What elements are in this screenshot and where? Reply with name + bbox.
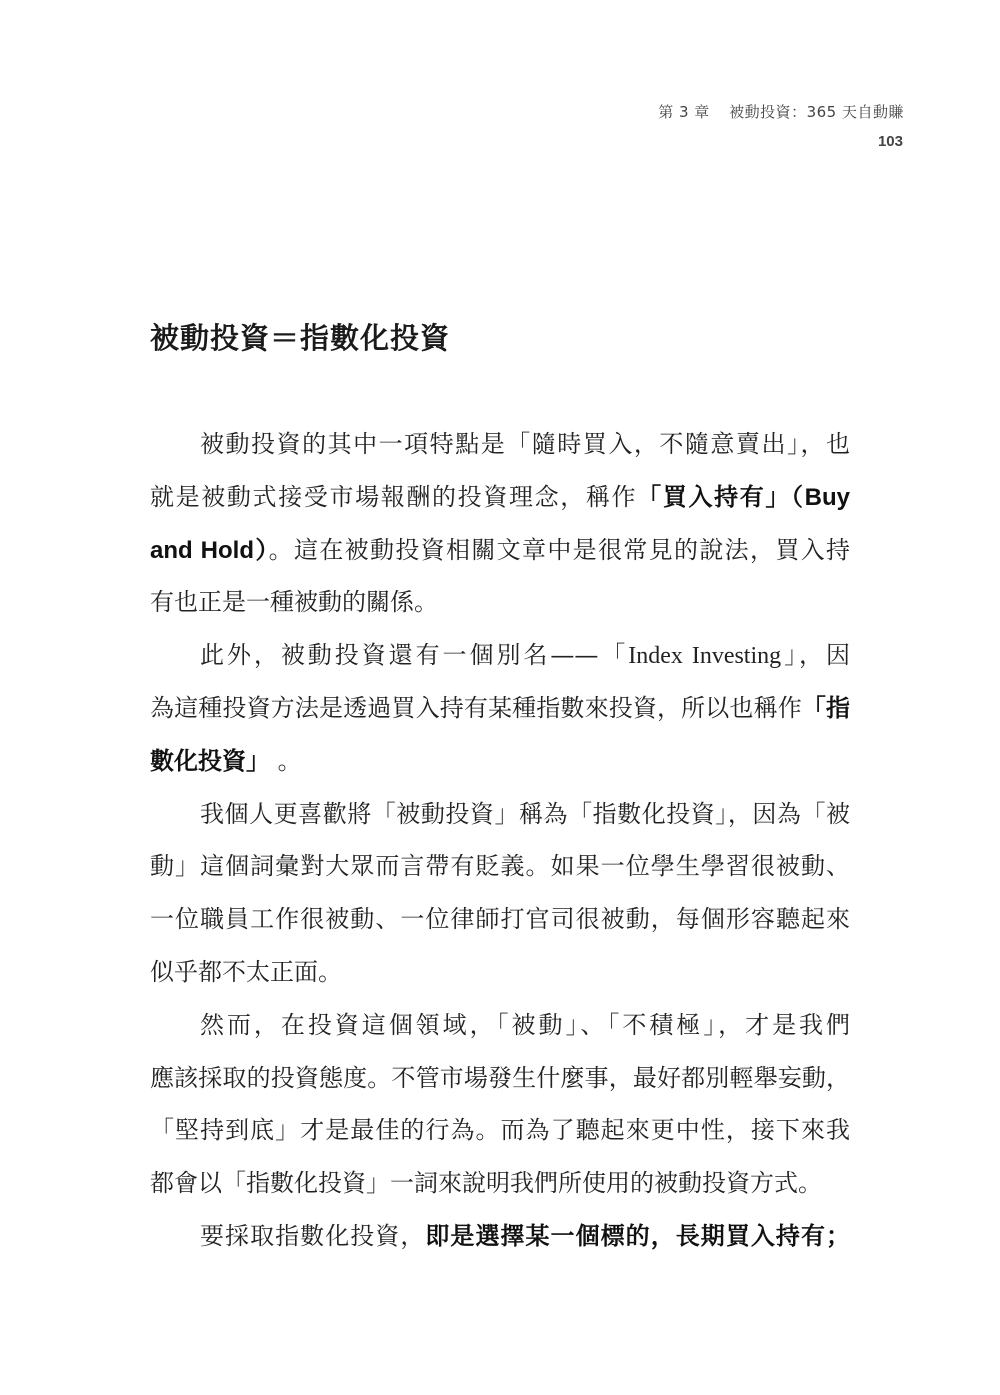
text-run: 似乎都不太正面。: [150, 958, 342, 986]
text-run: 為這種投資方法是透過買入持有某種指數來投資，所以也稱作: [150, 694, 802, 722]
emphasis-index-investing-zh: 「指: [802, 694, 850, 722]
text-run: 「堅持到底」才是最佳的行為。而為了聽起來更中性，接下來我: [150, 1116, 850, 1144]
text-run: 。: [270, 747, 302, 775]
text-line: 我個人更喜歡將「被動投資」稱為「指數化投資」，因為「被: [150, 788, 850, 841]
paragraph-4: 然而，在投資這個領域，「被動」、「不積極」，才是我們 應該採取的投資態度。不管市…: [150, 999, 850, 1210]
text-line: 就是被動式接受市場報酬的投資理念，稱作「買入持有」（Buy: [150, 471, 850, 524]
text-run: 應該採取的投資態度。不管市場發生什麼事，最好都別輕舉妄動，: [150, 1064, 850, 1092]
text-run: 我個人更喜歡將「被動投資」稱為「指數化投資」，因為「被: [200, 800, 850, 828]
paragraph-5: 要採取指數化投資，即是選擇某一個標的，長期買入持有；: [150, 1210, 850, 1263]
text-line: 「堅持到底」才是最佳的行為。而為了聽起來更中性，接下來我: [150, 1104, 850, 1157]
text-line: 然而，在投資這個領域，「被動」、「不積極」，才是我們: [150, 999, 850, 1052]
emphasis-index-investing-zh: 數化投資」: [150, 747, 270, 775]
text-run: 動」這個詞彙對大眾而言帶有貶義。如果一位學生學習很被動、: [150, 852, 850, 880]
text-line: 此外，被動投資還有一個別名——「Index Investing」，因: [150, 629, 850, 682]
text-run: 。這在被動投資相關文章中是很常見的說法，買入持: [269, 536, 850, 564]
paragraph-2: 此外，被動投資還有一個別名——「Index Investing」，因 為這種投資…: [150, 629, 850, 787]
chapter-number: 第 3 章: [658, 103, 710, 121]
text-run: 一位職員工作很被動、一位律師打官司很被動，每個形容聽起來: [150, 905, 850, 933]
text-run: 然而，在投資這個領域，「被動」、「不積極」，才是我們: [200, 1011, 850, 1039]
text-run: 有也正是一種被動的關係。: [150, 588, 438, 616]
emphasis-key-definition: 即是選擇某一個標的，長期買入持有；: [425, 1222, 850, 1250]
emphasis-and-hold: and Hold）: [150, 537, 269, 564]
paragraph-1: 被動投資的其中一項特點是「隨時買入，不隨意賣出」，也 就是被動式接受市場報酬的投…: [150, 418, 850, 629]
text-line: 被動投資的其中一項特點是「隨時買入，不隨意賣出」，也: [150, 418, 850, 471]
text-run: 就是被動式接受市場報酬的投資理念，稱作: [150, 483, 637, 511]
text-line: 一位職員工作很被動、一位律師打官司很被動，每個形容聽起來: [150, 893, 850, 946]
text-run: 」，因: [781, 641, 850, 669]
text-line: 都會以「指數化投資」一詞來說明我們所使用的被動投資方式。: [150, 1157, 850, 1210]
section-title: 被動投資＝指數化投資: [150, 316, 450, 357]
index-investing-term: Index Investing: [628, 643, 781, 669]
text-run: 被動投資的其中一項特點是「隨時買入，不隨意賣出」，也: [200, 430, 850, 458]
paragraph-3: 我個人更喜歡將「被動投資」稱為「指數化投資」，因為「被 動」這個詞彙對大眾而言帶…: [150, 788, 850, 999]
text-line: 有也正是一種被動的關係。: [150, 576, 850, 629]
text-run: 都會以「指數化投資」一詞來說明我們所使用的被動投資方式。: [150, 1169, 822, 1197]
chapter-title: 被動投資：365 天自動賺: [729, 103, 904, 121]
text-line: 數化投資」 。: [150, 735, 850, 788]
body-text: 被動投資的其中一項特點是「隨時買入，不隨意賣出」，也 就是被動式接受市場報酬的投…: [150, 418, 850, 1263]
text-line: 為這種投資方法是透過買入持有某種指數來投資，所以也稱作「指: [150, 682, 850, 735]
emphasis-buy-and-hold-zh: 「買入持有」: [637, 483, 791, 511]
emphasis-buy: （Buy: [791, 484, 850, 511]
text-run: 要採取指數化投資，: [200, 1222, 425, 1250]
text-line: 應該採取的投資態度。不管市場發生什麼事，最好都別輕舉妄動，: [150, 1052, 850, 1105]
page-number: 103: [878, 133, 903, 150]
text-line: 要採取指數化投資，即是選擇某一個標的，長期買入持有；: [150, 1210, 850, 1263]
text-line: and Hold）。這在被動投資相關文章中是很常見的說法，買入持: [150, 524, 850, 577]
text-run: 此外，被動投資還有一個別名——「: [200, 641, 628, 669]
text-line: 動」這個詞彙對大眾而言帶有貶義。如果一位學生學習很被動、: [150, 840, 850, 893]
text-line: 似乎都不太正面。: [150, 946, 850, 999]
running-header: 第 3 章 被動投資：365 天自動賺: [658, 101, 904, 122]
